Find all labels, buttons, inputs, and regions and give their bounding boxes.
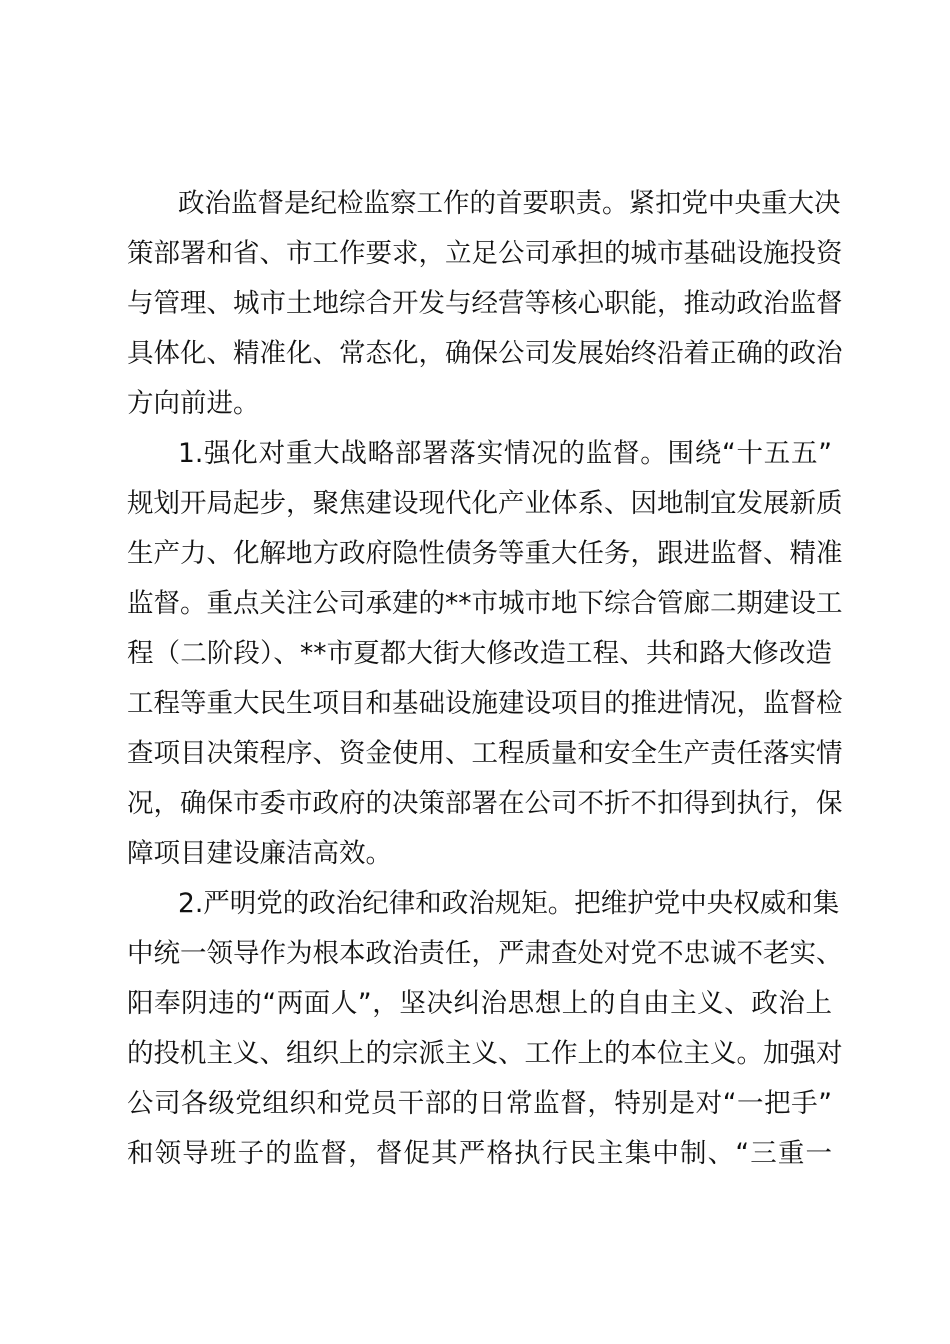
text-line: 的投机主义、组织上的宗派主义、工作上的本位主义。加强对 bbox=[127, 1034, 832, 1074]
text-line: 程（二阶段）、**市夏都大街大修改造工程、共和路大修改造 bbox=[127, 634, 832, 674]
text-line: 方向前进。 bbox=[127, 384, 832, 424]
document-page: 政治监督是纪检监察工作的首要职责。紧扣党中央重大决 策部署和省、市工作要求，立足… bbox=[0, 0, 950, 1344]
text-line: 生产力、化解地方政府隐性债务等重大任务，跟进监督、精准 bbox=[127, 534, 832, 574]
text-line: 阳奉阴违的“两面人”，坚决纠治思想上的自由主义、政治上 bbox=[127, 984, 832, 1024]
text-line: 2.严明党的政治纪律和政治规矩。把维护党中央权威和集 bbox=[178, 884, 832, 924]
text-line: 和领导班子的监督，督促其严格执行民主集中制、“三重一 bbox=[127, 1134, 832, 1174]
text-line: 具体化、精准化、常态化，确保公司发展始终沿着正确的政治 bbox=[127, 334, 832, 374]
text-line: 监督。重点关注公司承建的**市城市地下综合管廊二期建设工 bbox=[127, 584, 832, 624]
text-line: 公司各级党组织和党员干部的日常监督，特别是对“一把手” bbox=[127, 1084, 832, 1124]
text-line: 中统一领导作为根本政治责任，严肃查处对党不忠诚不老实、 bbox=[127, 934, 832, 974]
text-line: 1.强化对重大战略部署落实情况的监督。围绕“十五五” bbox=[178, 434, 832, 474]
text-line: 障项目建设廉洁高效。 bbox=[127, 834, 832, 874]
text-line: 政治监督是纪检监察工作的首要职责。紧扣党中央重大决 bbox=[178, 184, 832, 224]
text-line: 况，确保市委市政府的决策部署在公司不折不扣得到执行，保 bbox=[127, 784, 832, 824]
text-line: 策部署和省、市工作要求，立足公司承担的城市基础设施投资 bbox=[127, 234, 832, 274]
text-line: 规划开局起步，聚焦建设现代化产业体系、因地制宜发展新质 bbox=[127, 484, 832, 524]
text-line: 工程等重大民生项目和基础设施建设项目的推进情况，监督检 bbox=[127, 684, 832, 724]
text-line: 与管理、城市土地综合开发与经营等核心职能，推动政治监督 bbox=[127, 284, 832, 324]
text-line: 查项目决策程序、资金使用、工程质量和安全生产责任落实情 bbox=[127, 734, 832, 774]
